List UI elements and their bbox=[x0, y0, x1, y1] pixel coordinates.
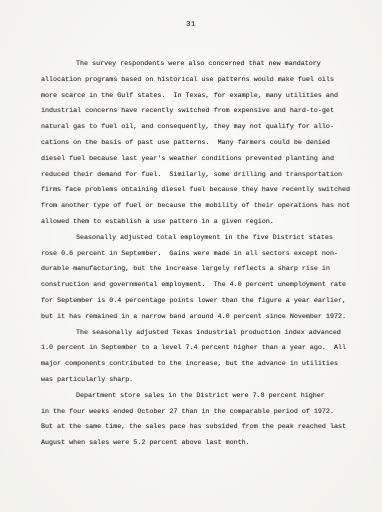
text-line: rose 0.6 percent in September. Gains wer… bbox=[41, 247, 359, 263]
text-line: allowed them to establish a use pattern … bbox=[41, 215, 359, 231]
text-line: But at the same time, the sales pace has… bbox=[41, 420, 359, 436]
text-line: cations on the basis of past use pattern… bbox=[41, 136, 359, 152]
paragraph-employment: Seasonally adjusted total employment in … bbox=[41, 231, 359, 326]
paragraph-industrial-production: The seasonally adjusted Texas industrial… bbox=[41, 326, 359, 389]
paragraph-department-store-sales: Department store sales in the District w… bbox=[41, 389, 359, 452]
text-line: construction and governmental employment… bbox=[41, 278, 359, 294]
text-line: but it has remained in a narrow band aro… bbox=[41, 310, 359, 326]
paragraph-fuel-allocation: The survey respondents were also concern… bbox=[41, 57, 359, 231]
text-line: diesel fuel because last year's weather … bbox=[41, 152, 359, 168]
text-line: natural gas to fuel oil, and consequentl… bbox=[41, 120, 359, 136]
page-number: 31 bbox=[0, 21, 382, 30]
text-line: allocation programs based on historical … bbox=[41, 73, 359, 89]
text-line: reduced their demand for fuel. Similarly… bbox=[41, 168, 359, 184]
text-line: 1.0 percent in September to a level 7.4 … bbox=[41, 341, 359, 357]
text-line: industrial concerns have recently switch… bbox=[41, 104, 359, 120]
text-line: August when sales were 5.2 percent above… bbox=[41, 436, 359, 452]
text-line: for September is 0.4 percentage points l… bbox=[41, 294, 359, 310]
text-line: The seasonally adjusted Texas industrial… bbox=[41, 326, 359, 342]
text-line: major components contributed to the incr… bbox=[41, 357, 359, 373]
scanned-document-page: 31 The survey respondents were also conc… bbox=[0, 0, 382, 512]
text-line: in the four weeks ended October 27 than … bbox=[41, 405, 359, 421]
text-line: more scarce in the Gulf states. In Texas… bbox=[41, 89, 359, 105]
text-line: Department store sales in the District w… bbox=[41, 389, 359, 405]
text-line: durable manufacturing, but the increase … bbox=[41, 262, 359, 278]
text-line: from another type of fuel or because the… bbox=[41, 199, 359, 215]
text-line: was particularly sharp. bbox=[41, 373, 359, 389]
document-body: The survey respondents were also concern… bbox=[41, 57, 359, 452]
text-line: Seasonally adjusted total employment in … bbox=[41, 231, 359, 247]
text-line: firms face problems obtaining diesel fue… bbox=[41, 183, 359, 199]
text-line: The survey respondents were also concern… bbox=[41, 57, 359, 73]
